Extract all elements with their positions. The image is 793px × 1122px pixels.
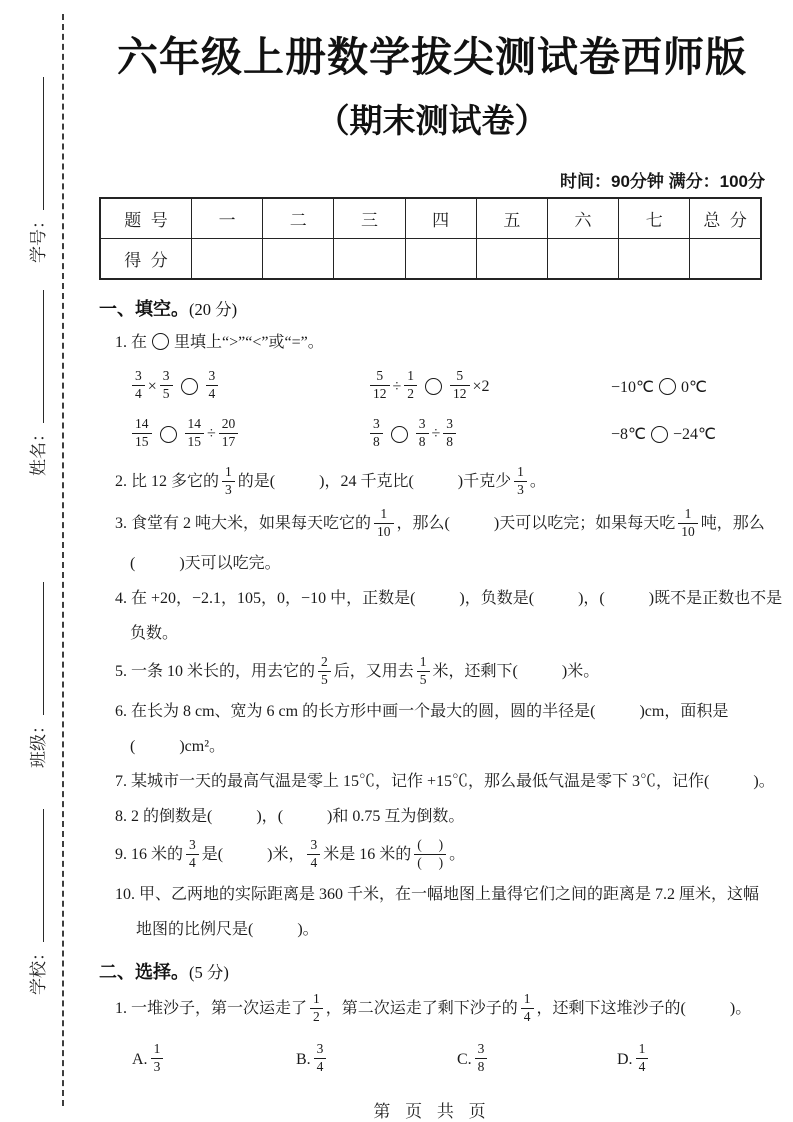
- test-paper-page: 学号：姓名：班级：学校： 六年级上册数学拔尖测试卷西师版 （期末测试卷） 时间：…: [0, 0, 793, 1122]
- section-heading: 一、填空。(20 分): [99, 295, 765, 321]
- score-table-header-row: 题 号一二三四五六七总 分: [100, 198, 761, 239]
- comparison-circle[interactable]: [425, 378, 442, 395]
- question-line: 10. 甲、乙两地的实际距离是 360 千米，在一幅地图上量得它们之间的距离是 …: [115, 881, 765, 908]
- question-number-cell: 七: [619, 198, 690, 239]
- sidebar-field-label: 学号：: [29, 212, 48, 263]
- question-number-cell: 五: [476, 198, 547, 239]
- fraction: 14: [521, 991, 534, 1026]
- question-line: 4. 在 +20，−2.1，105，0，−10 中，正数是()，负数是()，()…: [115, 585, 765, 612]
- question-line: 2. 比 12 多它的13的是()，24 千克比()千克少13。: [115, 465, 765, 500]
- fraction: 38: [416, 416, 429, 451]
- question-line: 地图的比例尺是()。: [115, 916, 765, 943]
- score-input-cell[interactable]: [547, 239, 618, 280]
- score-input-cell[interactable]: [263, 239, 334, 280]
- question-line: 负数。: [115, 620, 765, 647]
- fraction: 13: [514, 464, 527, 499]
- question-line: ()cm²。: [115, 733, 765, 760]
- fold-dashed-line: [62, 14, 64, 1106]
- question-cell: A. 13: [132, 1042, 296, 1077]
- paper-title: 六年级上册数学拔尖测试卷西师版: [99, 33, 765, 82]
- sidebar-field-label: 姓名：: [29, 425, 48, 476]
- fraction: 12: [404, 368, 417, 403]
- question-line: ()天可以吃完。: [115, 550, 765, 577]
- fraction: 1415: [185, 416, 205, 451]
- question-number-cell: 四: [405, 198, 476, 239]
- question-cell: −8℃−24℃: [611, 424, 765, 444]
- fraction: 110: [678, 506, 698, 541]
- write-in-line[interactable]: [30, 582, 44, 715]
- question-line: 3. 食堂有 2 吨大米，如果每天吃它的110，那么()天可以吃完；如果每天吃1…: [115, 507, 765, 542]
- section-2: 二、选择。(5 分)1. 一堆沙子，第一次运走了12，第二次运走了剩下沙子的14…: [99, 958, 765, 1078]
- question-cell: 34×3534: [129, 369, 367, 404]
- section-points: (20 分): [189, 300, 237, 319]
- question-row: 34×3534512÷12512×2−10℃0℃: [129, 369, 765, 404]
- paper-subtitle: （期末测试卷）: [99, 95, 765, 142]
- question-number-cell: 一: [192, 198, 263, 239]
- comparison-circle[interactable]: [659, 378, 676, 395]
- question-line: 7. 某城市一天的最高气温是零上 15℃，记作 +15℃，那么最低气温是零下 3…: [115, 768, 765, 795]
- question-line: 1. 在里填上“>”“<”或“=”。: [115, 329, 765, 356]
- fraction: 38: [370, 416, 383, 451]
- question-cell: D. 14: [617, 1042, 765, 1077]
- section-heading-text: 一、填空。: [99, 299, 189, 319]
- sidebar-field-label: 班级：: [29, 717, 48, 768]
- fraction: 2017: [219, 416, 239, 451]
- question-cell: 3838÷38: [367, 417, 611, 452]
- section-1: 一、填空。(20 分)1. 在里填上“>”“<”或“=”。34×3534512÷…: [99, 295, 765, 943]
- section-heading-text: 二、选择。: [99, 962, 189, 982]
- score-input-cell[interactable]: [334, 239, 405, 280]
- question-row: A. 13B. 34C. 38D. 14: [132, 1042, 765, 1077]
- question-cell: −10℃0℃: [611, 377, 765, 397]
- question-line: 9. 16 米的34是()米，34米是 16 米的( )( )。: [115, 838, 765, 873]
- question-line: 1. 一堆沙子，第一次运走了12，第二次运走了剩下沙子的14，还剩下这堆沙子的(…: [115, 992, 765, 1027]
- sidebar-field-label: 学校：: [29, 944, 48, 995]
- score-label-cell: 得 分: [100, 239, 192, 280]
- question-cell: B. 34: [296, 1042, 457, 1077]
- fraction: 110: [374, 506, 394, 541]
- score-input-cell[interactable]: [690, 239, 761, 280]
- score-input-cell[interactable]: [476, 239, 547, 280]
- comparison-circle[interactable]: [152, 333, 169, 350]
- comparison-circle[interactable]: [181, 378, 198, 395]
- question-number-label-cell: 题 号: [100, 198, 192, 239]
- comparison-circle[interactable]: [160, 426, 177, 443]
- question-cell: 512÷12512×2: [367, 369, 611, 404]
- fraction: 34: [307, 837, 320, 872]
- fraction: 38: [475, 1041, 488, 1076]
- paper-main: 六年级上册数学拔尖测试卷西师版 （期末测试卷） 时间：90分钟 满分：100分 …: [99, 0, 765, 1122]
- time-score-info: 时间：90分钟 满分：100分: [99, 167, 765, 192]
- fraction: ( )( ): [414, 837, 446, 872]
- question-line: 5. 一条 10 米长的，用去它的25后，又用去15米，还剩下()米。: [115, 655, 765, 690]
- page-footer: 第 页 共 页: [99, 1097, 765, 1122]
- sidebar-field-student-name: 姓名：: [24, 276, 48, 476]
- fraction: 34: [186, 837, 199, 872]
- fraction: 34: [206, 368, 219, 403]
- fraction: 15: [417, 654, 430, 689]
- question-number-cell: 三: [334, 198, 405, 239]
- question-line: 8. 2 的倒数是()，()和 0.75 互为倒数。: [115, 803, 765, 830]
- fraction: 512: [450, 368, 470, 403]
- score-input-cell[interactable]: [405, 239, 476, 280]
- question-cell: C. 38: [457, 1042, 617, 1077]
- score-input-cell[interactable]: [619, 239, 690, 280]
- score-input-cell[interactable]: [192, 239, 263, 280]
- write-in-line[interactable]: [30, 809, 44, 942]
- sidebar-field-class: 班级：: [24, 568, 48, 768]
- question-row: 14151415÷20173838÷38−8℃−24℃: [129, 417, 765, 452]
- fraction: 34: [132, 368, 145, 403]
- write-in-line[interactable]: [30, 77, 44, 210]
- question-sections: 一、填空。(20 分)1. 在里填上“>”“<”或“=”。34×3534512÷…: [99, 295, 765, 1077]
- sidebar-field-school: 学校：: [24, 795, 48, 995]
- fraction: 14: [636, 1041, 649, 1076]
- score-table: 题 号一二三四五六七总 分得 分: [99, 197, 762, 280]
- fraction: 38: [443, 416, 456, 451]
- comparison-circle[interactable]: [651, 426, 668, 443]
- fraction: 512: [370, 368, 390, 403]
- question-number-cell: 总 分: [690, 198, 761, 239]
- sidebar-field-student-number: 学号：: [24, 63, 48, 263]
- comparison-circle[interactable]: [391, 426, 408, 443]
- fraction: 1415: [132, 416, 152, 451]
- question-cell: 14151415÷2017: [129, 417, 367, 452]
- fraction: 34: [314, 1041, 327, 1076]
- section-points: (5 分): [189, 963, 229, 982]
- score-table-score-row: 得 分: [100, 239, 761, 280]
- section-heading: 二、选择。(5 分): [99, 958, 765, 984]
- fraction: 25: [318, 654, 331, 689]
- question-number-cell: 六: [547, 198, 618, 239]
- fraction: 12: [310, 991, 323, 1026]
- question-number-cell: 二: [263, 198, 334, 239]
- fraction: 13: [151, 1041, 164, 1076]
- question-line: 6. 在长为 8 cm、宽为 6 cm 的长方形中画一个最大的圆，圆的半径是()…: [115, 698, 765, 725]
- fraction: 35: [160, 368, 173, 403]
- write-in-line[interactable]: [30, 290, 44, 423]
- fraction: 13: [222, 464, 235, 499]
